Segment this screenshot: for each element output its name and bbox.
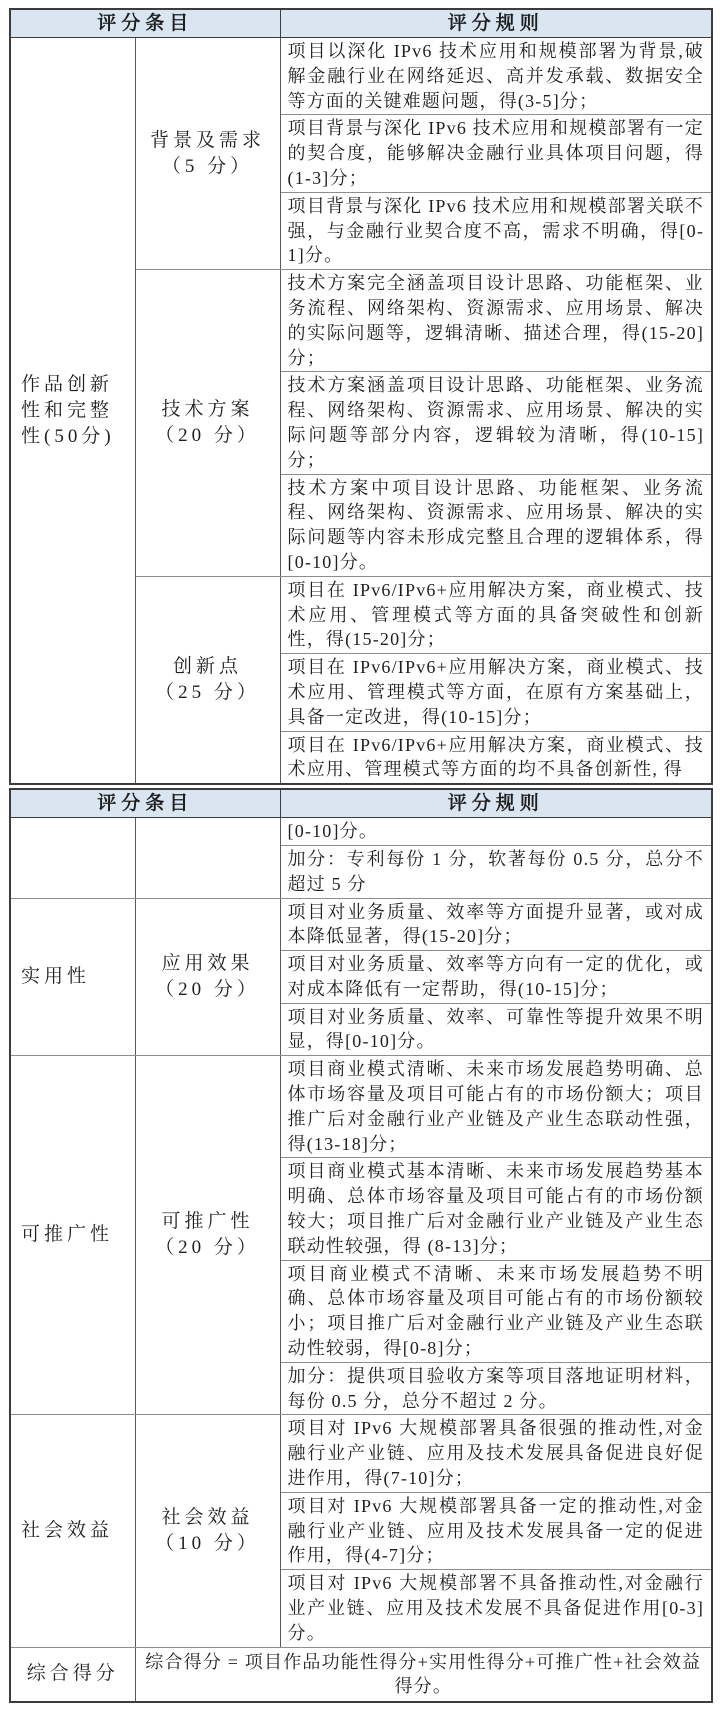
category-cell-empty <box>10 818 135 898</box>
table-row: 作品创新性和完整性(50分) 背景及需求 （5 分） 项目以深化 IPv6 技术… <box>10 38 712 115</box>
total-score-formula-cell: 综合得分 = 项目作品功能性得分+实用性得分+可推广性+社会效益得分。 <box>135 1647 712 1702</box>
table-row: 社会效益 社会效益 （10 分） 项目对 IPv6 大规模部署具备很强的推动性,… <box>10 1415 712 1492</box>
rule-cell: 项目对业务质量、效率等方向有一定的优化，或对成本降低有一定帮助，得(10-15]… <box>280 951 712 1004</box>
rule-cell: 项目以深化 IPv6 技术应用和规模部署为背景,破解金融行业在网络延迟、高并发承… <box>280 38 712 115</box>
header-items-cell: 评分条目 <box>10 9 280 38</box>
category-cell-innovation: 作品创新性和完整性(50分) <box>10 38 135 785</box>
category-cell-total-score: 综合得分 <box>10 1647 135 1702</box>
rule-cell: 项目在 IPv6/IPv6+应用解决方案，商业模式、技术应用、管理模式等方面的均… <box>280 731 712 784</box>
subitem-score: （5 分） <box>140 154 276 180</box>
rule-cell: 项目对 IPv6 大规模部署不具备推动性,对金融行业产业链、应用及技术发展不具备… <box>280 1570 712 1647</box>
rule-cell: 加分：专利每份 1 分，软著每份 0.5 分，总分不超过 5 分 <box>280 845 712 898</box>
subitem-cell-social-benefit: 社会效益 （10 分） <box>135 1415 280 1647</box>
subitem-label: 可推广性 <box>140 1209 276 1235</box>
rule-cell: [0-10]分。 <box>280 818 712 846</box>
table-row: 实用性 应用效果 （20 分） 项目对业务质量、效率等方面提升显著，或对成本降低… <box>10 898 712 951</box>
rule-cell: 项目对 IPv6 大规模部署具备很强的推动性,对金融行业产业链、应用及技术发展具… <box>280 1415 712 1492</box>
rule-cell: 技术方案完全涵盖项目设计思路、功能框架、业务流程、网络架构、资源需求、应用场景、… <box>280 270 712 372</box>
rule-cell: 项目在 IPv6/IPv6+应用解决方案，商业模式、技术应用、管理模式等方面的具… <box>280 576 712 653</box>
rule-cell: 项目对业务质量、效率等方面提升显著，或对成本降低显著，得(15-20]分； <box>280 898 712 951</box>
header-rules-cell: 评分规则 <box>280 789 712 818</box>
subitem-label: 背景及需求 <box>140 128 276 154</box>
table-row: 可推广性 可推广性 （20 分） 项目商业模式清晰、未来市场发展趋势明确、总体市… <box>10 1056 712 1158</box>
subitem-score: （10 分） <box>140 1531 276 1557</box>
rubric-table-part1: 评分条目 评分规则 作品创新性和完整性(50分) 背景及需求 （5 分） 项目以… <box>9 8 713 785</box>
rubric-table-part2: 评分条目 评分规则 [0-10]分。 加分：专利每份 1 分，软著每份 0.5 … <box>9 788 713 1703</box>
rule-cell: 项目对 IPv6 大规模部署具备一定的推动性,对金融行业产业链、应用及技术发展具… <box>280 1492 712 1569</box>
category-cell-promotability: 可推广性 <box>10 1056 135 1415</box>
subitem-cell-empty <box>135 818 280 898</box>
category-cell-social-benefit: 社会效益 <box>10 1415 135 1647</box>
category-cell-practicality: 实用性 <box>10 898 135 1056</box>
document-page: 评分条目 评分规则 作品创新性和完整性(50分) 背景及需求 （5 分） 项目以… <box>0 0 720 1712</box>
subitem-cell-promotability: 可推广性 （20 分） <box>135 1056 280 1415</box>
subitem-label: 技术方案 <box>140 397 276 423</box>
rule-cell: 项目背景与深化 IPv6 技术应用和规模部署有一定的契合度，能够解决金融行业具体… <box>280 115 712 192</box>
subitem-score: （25 分） <box>140 680 276 706</box>
subitem-cell-technical-plan: 技术方案 （20 分） <box>135 270 280 577</box>
subitem-cell-application-effect: 应用效果 （20 分） <box>135 898 280 1056</box>
rule-cell: 项目商业模式基本清晰、未来市场发展趋势基本明确、总体市场容量及项目可能占有的市场… <box>280 1158 712 1260</box>
rule-cell: 技术方案涵盖项目设计思路、功能框架、业务流程、网络架构、资源需求、应用场景、解决… <box>280 372 712 474</box>
header-row-1: 评分条目 评分规则 <box>10 9 712 38</box>
subitem-label: 应用效果 <box>140 951 276 977</box>
rule-cell: 项目对业务质量、效率、可靠性等提升效果不明显，得[0-10]分。 <box>280 1003 712 1056</box>
subitem-cell-innovation-point: 创新点 （25 分） <box>135 576 280 784</box>
table-row: [0-10]分。 <box>10 818 712 846</box>
rule-cell: 项目商业模式不清晰、未来市场发展趋势不明确、总体市场容量及项目可能占有的市场份额… <box>280 1260 712 1362</box>
total-score-row: 综合得分 综合得分 = 项目作品功能性得分+实用性得分+可推广性+社会效益得分。 <box>10 1647 712 1702</box>
subitem-label: 社会效益 <box>140 1505 276 1531</box>
subitem-score: （20 分） <box>140 1235 276 1261</box>
rule-cell: 加分：提供项目验收方案等项目落地证明材料，每份 0.5 分，总分不超过 2 分。 <box>280 1362 712 1415</box>
rule-cell: 项目背景与深化 IPv6 技术应用和规模部署关联不强，与金融行业契合度不高，需求… <box>280 192 712 269</box>
subitem-score: （20 分） <box>140 423 276 449</box>
header-row-2: 评分条目 评分规则 <box>10 789 712 818</box>
subitem-label: 创新点 <box>140 654 276 680</box>
header-rules-cell: 评分规则 <box>280 9 712 38</box>
rule-cell: 技术方案中项目设计思路、功能框架、业务流程、网络架构、资源需求、应用场景、解决的… <box>280 474 712 576</box>
header-items-cell: 评分条目 <box>10 789 280 818</box>
subitem-cell-background: 背景及需求 （5 分） <box>135 38 280 270</box>
rule-cell: 项目在 IPv6/IPv6+应用解决方案，商业模式、技术应用、管理模式等方面，在… <box>280 654 712 731</box>
rule-cell: 项目商业模式清晰、未来市场发展趋势明确、总体市场容量及项目可能占有的市场份额大；… <box>280 1056 712 1158</box>
subitem-score: （20 分） <box>140 977 276 1003</box>
